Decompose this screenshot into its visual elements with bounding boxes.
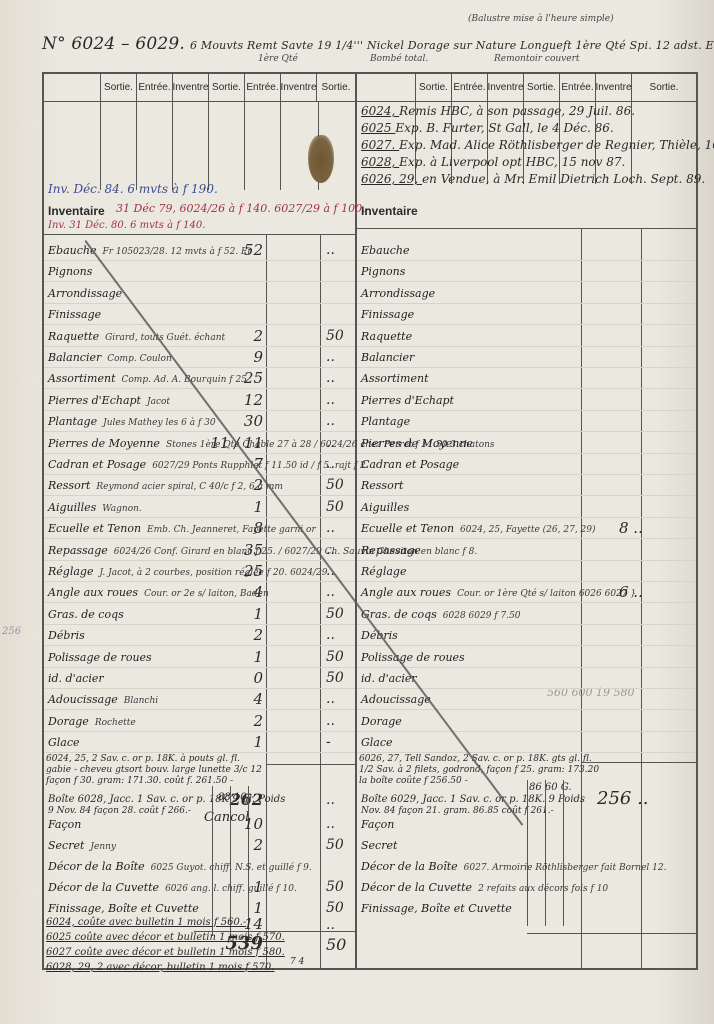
line-item-label: Repassage xyxy=(48,544,108,557)
entry-text: Exp. Mad. Alice Röthlisberger de Regnier… xyxy=(399,138,714,152)
title-subnote-remontoir: Remontoir couvert xyxy=(494,54,580,64)
line-item: Façon xyxy=(48,818,81,831)
ruled-line xyxy=(357,474,696,475)
line-item-cents: .. xyxy=(326,691,335,707)
subcol-line xyxy=(563,780,564,926)
line-item-label: Pierres de Moyenne xyxy=(361,437,473,450)
ruled-line xyxy=(44,324,355,325)
line-item-cents: 50 xyxy=(326,606,344,622)
line-item-amount: 2 xyxy=(253,836,263,854)
line-item-label: Ecuelle et Tenon xyxy=(361,522,454,535)
ruled-line xyxy=(357,688,696,689)
line-item-label: Finissage xyxy=(48,308,101,321)
ruled-line xyxy=(357,538,696,539)
col-inventaire: Inventre xyxy=(487,74,523,101)
ruled-line xyxy=(357,281,696,282)
ruled-line xyxy=(44,474,355,475)
line-item-amount: 12 xyxy=(244,391,263,409)
line-item-label: Pierres d'Echapt xyxy=(48,394,141,407)
disposition-entry: 6024, Remis HBC, à son passage, 29 Juil.… xyxy=(361,104,635,118)
sales-note: 6024, coûte avec bulletin 1 mois f 560.- xyxy=(46,917,246,928)
line-item-label: Façon xyxy=(361,818,394,831)
col-sortie: Sortie. xyxy=(100,74,136,101)
line-item: Pignons xyxy=(48,265,92,278)
line-item: SecretJenny xyxy=(48,839,116,852)
line-item-label: Débris xyxy=(48,629,85,642)
ruled-line xyxy=(44,303,355,304)
line-item: RessortReymond acier spiral, C 40/c f 2,… xyxy=(48,479,283,492)
section-divider xyxy=(581,762,696,763)
line-item: Adoucissage xyxy=(361,693,431,706)
line-item-label: Pierres d'Echapt xyxy=(361,394,454,407)
col-entree: Entrée. xyxy=(244,74,280,101)
entry-ref: 6026, 29, xyxy=(361,172,422,186)
line-item-label: Balancier xyxy=(48,351,101,364)
line-item-label: Aiguilles xyxy=(361,501,409,514)
line-item-label: Cadran et Posage xyxy=(48,458,146,471)
line-item-amount: 1 xyxy=(253,605,263,623)
line-item: Glace xyxy=(361,736,393,749)
line-item: Polissage de roues xyxy=(48,651,152,664)
subcol-line xyxy=(545,780,546,926)
line-item-label: Arrondissage xyxy=(361,287,435,300)
line-item: Assortiment xyxy=(361,372,429,385)
line-item-note: Rochette xyxy=(95,718,136,728)
line-item-label: Glace xyxy=(48,736,80,749)
sales-note: 6028, 29, 2 avec décor, bulletin 1 mois … xyxy=(46,962,274,973)
entry-ref: 6027. xyxy=(361,138,399,152)
line-item-amount: 8 xyxy=(253,519,263,537)
line-item-note: Emb. Ch. Jeanneret, Fayette garni or xyxy=(147,525,316,535)
line-item-cents: .. xyxy=(326,816,335,832)
line-item-note: 2 refaits aux décors fois f 10 xyxy=(478,884,608,894)
line-item-label: id. d'acier xyxy=(48,672,104,685)
grand-total: 539 xyxy=(225,933,263,954)
line-item-note: Jules Mathey les 6 à f 30 xyxy=(103,418,216,428)
line-item: Décor de la Boîte6025 Guyot. chiff. N.S.… xyxy=(48,860,312,873)
ruled-line xyxy=(357,560,696,561)
movement-description: 6 Mouvts Remt Savte 19 1/4''' Nickel Dor… xyxy=(190,39,714,52)
total-divider xyxy=(527,933,696,934)
line-item-label: Pignons xyxy=(48,265,92,278)
line-item-label: Angle aux roues xyxy=(361,586,451,599)
entry-text: Remis HBC, à son passage, 29 Juil. 86. xyxy=(399,104,635,118)
line-item-note: Comp. Coulon xyxy=(107,354,172,364)
line-item: Secret xyxy=(361,839,397,852)
ruled-line xyxy=(44,260,355,261)
line-item-amount: 1 xyxy=(253,648,263,666)
line-item-cents: 50 xyxy=(326,499,344,515)
ruled-line xyxy=(357,624,696,625)
ledger-page: (Balustre mise à l'heure simple) N° 6024… xyxy=(0,0,714,1024)
movement-number: N° 6024 – 6029. xyxy=(42,34,185,54)
line-item-amount: 1 xyxy=(253,733,263,751)
line-item-cents: 50 xyxy=(326,837,344,853)
line-item-cents: .. xyxy=(326,713,335,729)
ruled-line xyxy=(357,410,696,411)
right-half: Sortie. Entrée. Inventre Sortie. Entrée.… xyxy=(357,74,696,968)
line-item-cents: 50 xyxy=(326,328,344,344)
col-inventaire: Inventre xyxy=(172,74,208,101)
ruled-line xyxy=(357,303,696,304)
line-item: PlantageJules Mathey les 6 à f 30 xyxy=(48,415,216,428)
line-item: DorageRochette xyxy=(48,715,136,728)
line-item-label: Réglage xyxy=(48,565,93,578)
line-item-label: Raquette xyxy=(48,330,99,343)
ruled-line xyxy=(357,667,696,668)
line-item-amount: 25 xyxy=(244,369,263,387)
ruled-line xyxy=(357,709,696,710)
line-item-label: Gras. de coqs xyxy=(48,608,124,621)
col-sortie: Sortie. xyxy=(523,74,559,101)
total-subnote: 7 4 xyxy=(290,957,304,967)
line-item: Gras. de coqs6028 6029 f 7.50 xyxy=(361,608,521,621)
line-item: Balancier xyxy=(361,351,414,364)
ruled-line xyxy=(44,495,355,496)
line-item: RaquetteGirard, touts Guét. échant xyxy=(48,330,225,343)
line-item-cents: 50 xyxy=(326,477,344,493)
line-item-cents: .. xyxy=(326,392,335,408)
line-item-label: Ressort xyxy=(361,479,403,492)
line-item-label: Ressort xyxy=(48,479,90,492)
title-subnote-bombe: Bombé total. xyxy=(370,54,428,64)
line-item-label: Pierres de Moyenne xyxy=(48,437,160,450)
line-item-label: Secret xyxy=(361,839,397,852)
col-entree: Entrée. xyxy=(136,74,172,101)
boite-note: Nov. 84 façon 21. gram. 86.85 coût f 261… xyxy=(361,806,554,816)
line-item-note: Cour. or 1ère Qté s/ laiton 6026 6027 } xyxy=(457,589,636,599)
ruled-line xyxy=(357,388,696,389)
boite-cents: .. xyxy=(326,792,335,808)
grand-total-cents: 50 xyxy=(326,935,346,954)
line-item: Finissage, Boîte et Cuvette xyxy=(48,902,199,915)
line-item-note: Girard, touts Guét. échant xyxy=(105,333,225,343)
line-item-cents: - xyxy=(326,734,331,750)
line-item-label: Adoucissage xyxy=(48,693,118,706)
ruled-line xyxy=(44,367,355,368)
line-item-label: Gras. de coqs xyxy=(361,608,437,621)
line-item: Ressort xyxy=(361,479,403,492)
line-item-note: Fr 105023/28. 12 mvts à f 52. Fr xyxy=(102,247,251,257)
disposition-entry: 6028, Exp. à Liverpool opt HBC, 15 nov 8… xyxy=(361,155,625,169)
line-item: id. d'acier xyxy=(48,672,104,685)
ruled-line xyxy=(44,431,355,432)
line-item: Ebauche xyxy=(361,244,409,257)
line-item: Réglage xyxy=(361,565,406,578)
ruled-line xyxy=(44,453,355,454)
col-sortie: Sortie. xyxy=(316,74,355,101)
line-item-label: Finissage xyxy=(361,308,414,321)
ruled-line xyxy=(357,517,696,518)
line-item-amount: 6 .. xyxy=(619,583,643,601)
top-annotation: (Balustre mise à l'heure simple) xyxy=(468,14,614,24)
line-item-amount: 35 xyxy=(244,541,263,559)
line-item: Pierres d'EchaptJacot xyxy=(48,394,170,407)
ruled-line xyxy=(44,410,355,411)
line-item-label: Finissage, Boîte et Cuvette xyxy=(48,902,199,915)
left-column-header: Sortie. Entrée. Inventre Sortie. Entrée.… xyxy=(44,74,355,102)
line-item-label: Assortiment xyxy=(48,372,116,385)
line-item: Façon xyxy=(361,818,394,831)
line-item-label: Dorage xyxy=(48,715,89,728)
line-item-cents: .. xyxy=(326,542,335,558)
line-item-cents: .. xyxy=(326,435,335,451)
ruled-line xyxy=(44,624,355,625)
glace-note: 6024, 25, 2 Sav. c. or p. 18K. à pouts g… xyxy=(46,754,240,764)
entry-text: en Vendue, à Mr. Emil Dietrich Loch. Sep… xyxy=(422,172,705,186)
ruled-line xyxy=(44,560,355,561)
col-inventaire: Inventre xyxy=(280,74,316,101)
inventory-note-1884: Inv. Déc. 84. 6 mvts à f 190. xyxy=(48,182,218,196)
line-item-label: Finissage, Boîte et Cuvette xyxy=(361,902,512,915)
ruled-line xyxy=(44,731,355,732)
line-item: Plantage xyxy=(361,415,410,428)
line-item-label: Décor de la Cuvette xyxy=(361,881,472,894)
boite-maker: Cancol xyxy=(204,810,249,825)
ruled-line xyxy=(357,367,696,368)
line-item-amount: 25 xyxy=(244,562,263,580)
boite-subcols: 86 60 G. xyxy=(529,782,572,793)
line-item-label: Décor de la Boîte xyxy=(361,860,458,873)
col-entree: Entrée. xyxy=(451,74,487,101)
line-item-amount: 4 xyxy=(253,690,263,708)
line-item-label: Ebauche xyxy=(361,244,409,257)
ink-stain xyxy=(308,135,334,183)
line-item-amount: 1 xyxy=(253,498,263,516)
line-item: Finissage xyxy=(48,308,101,321)
line-item-amount: 0 xyxy=(253,669,263,687)
line-item-amount: 52 xyxy=(244,241,263,259)
ruled-line xyxy=(357,324,696,325)
line-item-cents: .. xyxy=(326,370,335,386)
ruled-line xyxy=(357,731,696,732)
line-item-label: Adoucissage xyxy=(361,693,431,706)
line-item: Ecuelle et Tenon6024, 25, Fayette (26, 2… xyxy=(361,522,596,535)
line-item-note: 6027. Armoirie Röthlisberger fait Bornel… xyxy=(464,863,667,873)
line-item-amount: 10 xyxy=(244,815,263,833)
boite-amount: 262 xyxy=(230,790,263,809)
ruled-line xyxy=(44,688,355,689)
line-item-cents: 50 xyxy=(326,879,344,895)
line-item-amount: 9 xyxy=(253,348,263,366)
line-item-note: Comp. Ad. A. Bourquin f 25 xyxy=(122,375,247,385)
line-item-cents: 50 xyxy=(326,649,344,665)
left-half: Sortie. Entrée. Inventre Sortie. Entrée.… xyxy=(44,74,357,968)
line-item: Décor de la Boîte6027. Armoirie Röthlisb… xyxy=(361,860,666,873)
line-item-amount: 1 xyxy=(253,878,263,896)
line-item: AdoucissageBlanchi xyxy=(48,693,158,706)
line-item-cents: .. xyxy=(326,456,335,472)
line-item-label: Balancier xyxy=(361,351,414,364)
line-item-cents: .. xyxy=(326,242,335,258)
boite-note: 9 Nov. 84 façon 28. coût f 266.- xyxy=(48,806,191,816)
line-item-amount: 8 .. xyxy=(619,519,643,537)
line-item-note: Jenny xyxy=(90,842,116,852)
disposition-entry: 6026, 29, en Vendue, à Mr. Emil Dietrich… xyxy=(361,172,705,186)
line-item-label: Décor de la Cuvette xyxy=(48,881,159,894)
line-item: Cadran et Posage xyxy=(361,458,459,471)
line-item: Arrondissage xyxy=(48,287,122,300)
line-item: Pignons xyxy=(361,265,405,278)
line-item: Angle aux rouesCour. or 1ère Qté s/ lait… xyxy=(361,586,636,599)
line-item-label: Arrondissage xyxy=(48,287,122,300)
line-item-amount: 2 xyxy=(253,327,263,345)
line-item-label: Dorage xyxy=(361,715,402,728)
boite-amount: 256 .. xyxy=(597,788,649,809)
ruled-line xyxy=(44,581,355,582)
line-item-amount: 30 xyxy=(244,412,263,430)
ruled-line xyxy=(44,645,355,646)
line-item-note: Blanchi xyxy=(124,696,158,706)
line-item-cents: .. xyxy=(326,627,335,643)
line-item-note: 6025 Guyot. chiff. N.S. et guillé f 9. xyxy=(151,863,312,873)
line-item-label: Repassage xyxy=(361,544,421,557)
line-item-label: Réglage xyxy=(361,565,406,578)
title-subnote-quality: 1ère Qté xyxy=(258,54,298,64)
inventaire-label-left: Inventaire xyxy=(48,204,105,218)
ruled-line xyxy=(357,260,696,261)
line-item: Angle aux rouesCour. or 2e s/ laiton, Ba… xyxy=(48,586,269,599)
line-item: Pierres d'Echapt xyxy=(361,394,454,407)
line-item-label: Polissage de roues xyxy=(48,651,152,664)
line-item: Finissage xyxy=(361,308,414,321)
ledger-sheet: Sortie. Entrée. Inventre Sortie. Entrée.… xyxy=(42,72,698,970)
ruled-line xyxy=(357,645,696,646)
line-item-label: Secret xyxy=(48,839,84,852)
line-item-label: Cadran et Posage xyxy=(361,458,459,471)
line-item-note: J. Jacot, à 2 courbes, position réglée f… xyxy=(99,568,327,578)
line-item-label: Glace xyxy=(361,736,393,749)
ruled-line xyxy=(357,453,696,454)
ruled-line xyxy=(357,602,696,603)
line-item: Cadran et Posage6027/29 Ponts Rupphlet f… xyxy=(48,458,369,471)
line-item-label: Façon xyxy=(48,818,81,831)
line-item: Repassage xyxy=(361,544,421,557)
line-item-cents: 50 xyxy=(326,670,344,686)
glace-note: gabie - cheveu gtsort bouv. large lunett… xyxy=(46,765,262,775)
entry-ref: 6025 xyxy=(361,121,395,135)
col-sortie: Sortie. xyxy=(415,74,451,101)
ruled-line xyxy=(357,495,696,496)
line-item: Gras. de coqs xyxy=(48,608,124,621)
glace-note: la boîte coûte f 256.50 - xyxy=(359,776,468,786)
ruled-line xyxy=(357,431,696,432)
line-item-label: Raquette xyxy=(361,330,412,343)
line-item: Glace xyxy=(48,736,80,749)
inventaire-label-right: Inventaire xyxy=(361,204,418,218)
ruled-line xyxy=(44,517,355,518)
col-inventaire: Inventre xyxy=(595,74,631,101)
line-item-label: Plantage xyxy=(361,415,410,428)
line-item-cents: .. xyxy=(326,349,335,365)
line-item: Décor de la Cuvette2 refaits aux décors … xyxy=(361,881,608,894)
line-item: Ecuelle et TenonEmb. Ch. Jeanneret, Faye… xyxy=(48,522,316,535)
line-item-amount: 2 xyxy=(253,626,263,644)
col-sortie: Sortie. xyxy=(631,74,696,101)
entry-ref: 6024, xyxy=(361,104,399,118)
inventory-note-1880: Inv. 31 Déc. 80. 6 mvts à f 140. xyxy=(48,220,205,231)
line-item-label: Décor de la Boîte xyxy=(48,860,145,873)
line-item-cents: .. xyxy=(326,584,335,600)
ruled-line xyxy=(44,281,355,282)
ruled-line xyxy=(44,667,355,668)
disposition-entry: 6025 Exp. B. Furter, St Gall, le 4 Déc. … xyxy=(361,121,614,135)
entry-text: Exp. à Liverpool opt HBC, 15 nov 87. xyxy=(399,155,625,169)
line-item: AiguillesWagnon. xyxy=(48,501,142,514)
line-item-note: 6026 ang. l. chiff. guillé f 10. xyxy=(165,884,297,894)
line-item: Arrondissage xyxy=(361,287,435,300)
ledger-title: N° 6024 – 6029. 6 Mouvts Remt Savte 19 1… xyxy=(42,34,714,54)
right-column-header: Sortie. Entrée. Inventre Sortie. Entrée.… xyxy=(357,74,696,102)
line-item-label: Polissage de roues xyxy=(361,651,465,664)
col-entree: Entrée. xyxy=(559,74,595,101)
entry-text: Exp. B. Furter, St Gall, le 4 Déc. 86. xyxy=(395,121,613,135)
line-item: Polissage de roues xyxy=(361,651,465,664)
line-item-note: 6028 6029 f 7.50 xyxy=(443,611,521,621)
line-item: Aiguilles xyxy=(361,501,409,514)
line-item-note: Jacot xyxy=(147,397,170,407)
line-item: BalancierComp. Coulon xyxy=(48,351,172,364)
ruled-line xyxy=(44,388,355,389)
ruled-line xyxy=(357,581,696,582)
line-item: Pierres de Moyenne xyxy=(361,437,473,450)
line-item-cents: 50 xyxy=(326,900,344,916)
disposition-entry: 6027. Exp. Mad. Alice Röthlisberger de R… xyxy=(361,138,714,152)
boite-label: Boîte 6029, Jacc. 1 Sav. c. or p. 18K. 9… xyxy=(361,794,585,805)
line-item: EbaucheFr 105023/28. 12 mvts à f 52. Fr xyxy=(48,244,252,257)
line-item: Débris xyxy=(48,629,85,642)
line-item-label: Pignons xyxy=(361,265,405,278)
entry-ref: 6028, xyxy=(361,155,399,169)
margin-pencil-note: 256 xyxy=(2,626,21,637)
line-item-label: Assortiment xyxy=(361,372,429,385)
section-divider xyxy=(266,764,355,765)
inventory-note-1879: 31 Déc 79, 6024/26 à f 140. 6027/29 à f … xyxy=(116,202,369,215)
line-item: Dorage xyxy=(361,715,402,728)
line-item-note: Cour. or 2e s/ laiton, Baden xyxy=(144,589,269,599)
line-item-label: Plantage xyxy=(48,415,97,428)
subcol-line xyxy=(527,780,528,926)
line-item-label: Aiguilles xyxy=(48,501,96,514)
ruled-line xyxy=(357,346,696,347)
total-divider xyxy=(194,931,355,932)
ruled-line xyxy=(44,709,355,710)
line-item-note: Wagnon. xyxy=(102,504,141,514)
line-item-label: Angle aux roues xyxy=(48,586,138,599)
line-item-note: 6024, 25, Fayette (26, 27, 29) xyxy=(460,525,595,535)
line-item-cents: .. xyxy=(326,413,335,429)
ruled-line xyxy=(44,602,355,603)
line-item: RéglageJ. Jacot, à 2 courbes, position r… xyxy=(48,565,327,578)
line-item-label: Ecuelle et Tenon xyxy=(48,522,141,535)
ruled-line xyxy=(44,346,355,347)
line-item: Finissage, Boîte et Cuvette xyxy=(361,902,512,915)
col-sortie: Sortie. xyxy=(208,74,244,101)
line-item-amount: 2 xyxy=(253,712,263,730)
line-item: Raquette xyxy=(361,330,412,343)
line-item: AssortimentComp. Ad. A. Bourquin f 25 xyxy=(48,372,247,385)
line-item-cents: .. xyxy=(326,520,335,536)
line-item-amount: 4 xyxy=(253,583,263,601)
glace-note: façon f 30. gram: 171.30. coût f. 261.50… xyxy=(46,776,233,786)
